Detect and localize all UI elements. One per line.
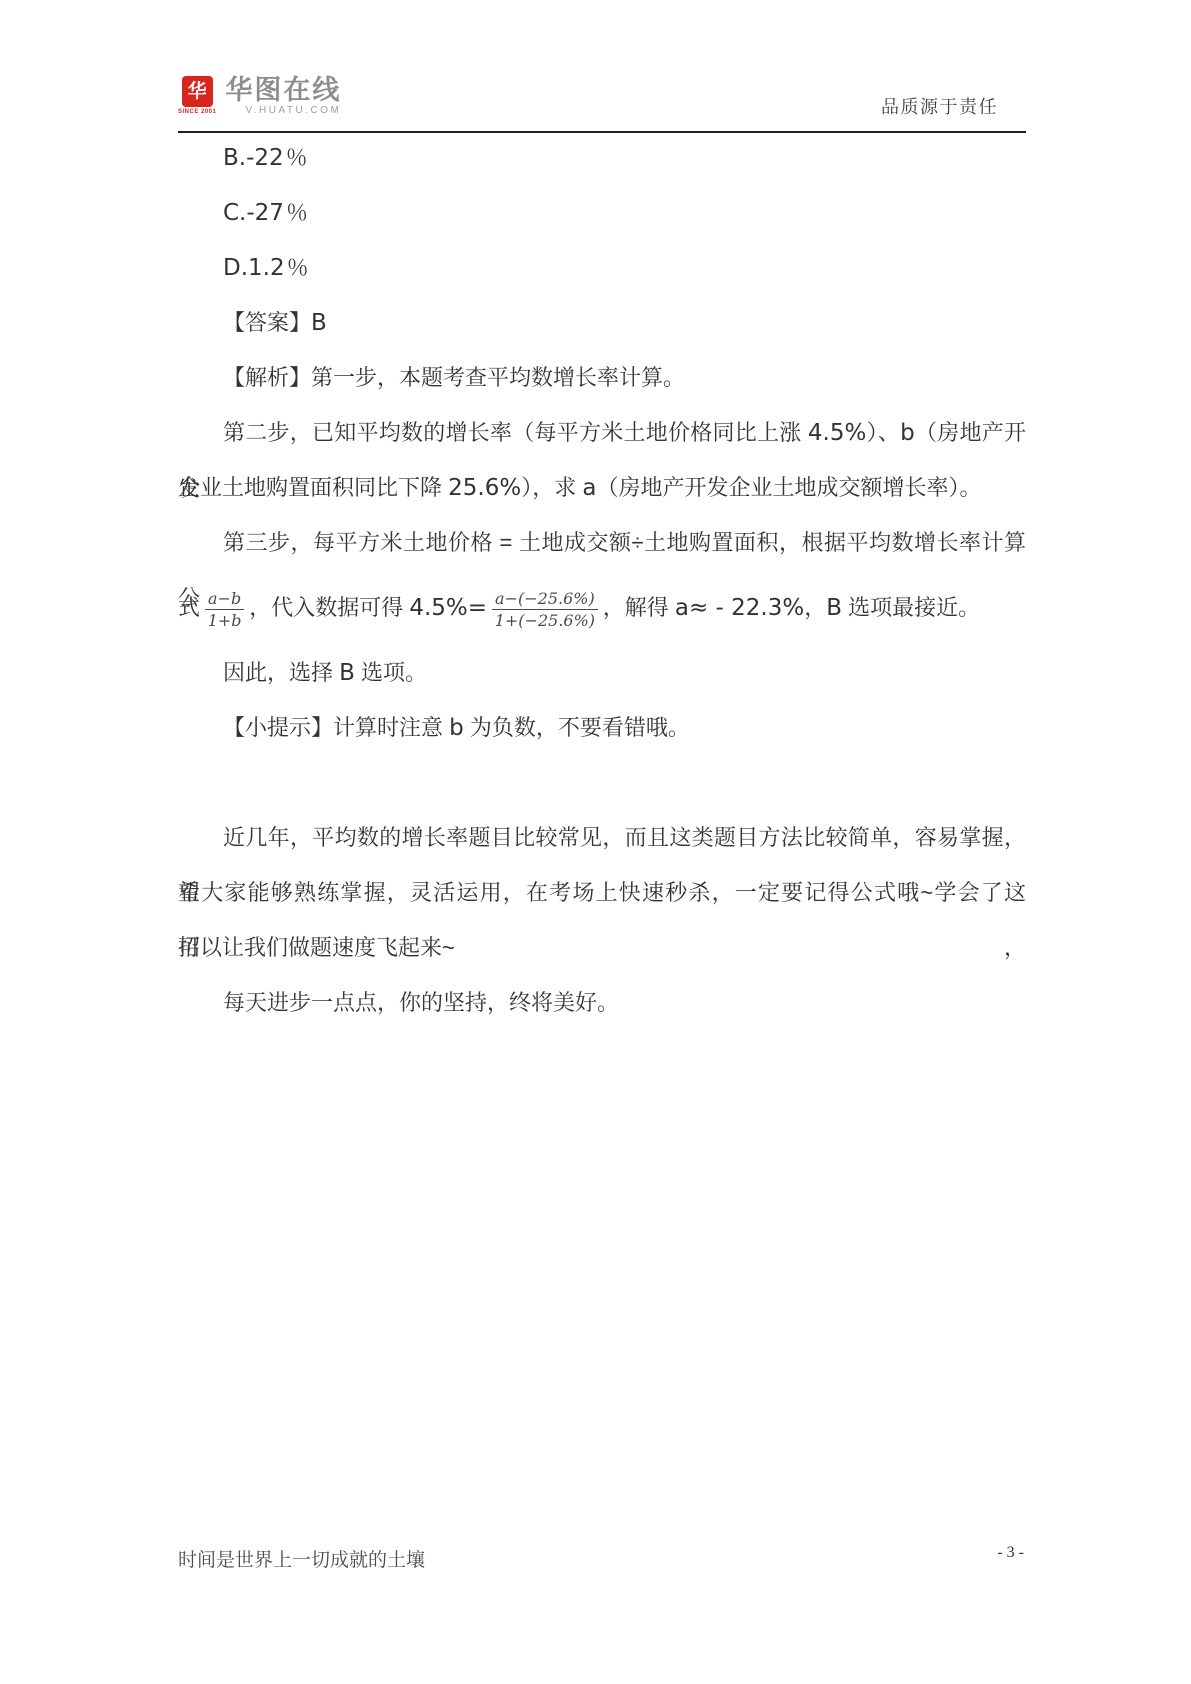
step3-formula-line: 式a−b1+b，代入数据可得 4.5%=a−(−25.6%)1+(−25.6%)… bbox=[178, 570, 1026, 645]
tip-var-b: b bbox=[449, 715, 464, 741]
step2-text-6: （房地产开发企业土地成交额增长率）。 bbox=[596, 475, 981, 500]
logo-mark-glyph: 华 bbox=[188, 82, 207, 101]
logo-mark-block: 华 SINCE 2001 bbox=[178, 76, 216, 115]
answer-value: B bbox=[311, 310, 327, 336]
fraction-numerator: a−b bbox=[205, 589, 244, 610]
fraction-denominator: 1+(−25.6%) bbox=[492, 610, 598, 630]
step2-var-a: a bbox=[582, 475, 596, 501]
step2-text-2: ）、 bbox=[866, 420, 900, 445]
step3-text-4: ，解得 bbox=[603, 595, 675, 620]
tip-text-1: 计算时注意 bbox=[333, 715, 449, 740]
logo-domain-text: V.HUATU.COM bbox=[225, 105, 341, 116]
document-body: B.-22％ C.-27％ D.1.2％ 【答案】B 【解析】第一步，本题考查平… bbox=[178, 130, 1026, 1030]
page-number: - 3 - bbox=[997, 1544, 1024, 1562]
outro-line2: 望大家能够熟练掌握，灵活运用，在考场上快速秒杀，一定要记得公式哦~学会了这招， bbox=[178, 865, 1026, 920]
option-b: B.-22％ bbox=[178, 130, 1026, 185]
tip-text-2: 为负数，不要看错哦。 bbox=[464, 715, 690, 740]
step2-line1: 第二步，已知平均数的增长率（每平方米土地价格同比上涨 4.5%）、b（房地产开发 bbox=[178, 405, 1026, 460]
conclusion-option-letter: B bbox=[339, 660, 355, 686]
step3-option-letter: B bbox=[826, 595, 842, 621]
option-c-latin: C.-27 bbox=[223, 200, 284, 226]
option-d-percent: ％ bbox=[287, 255, 309, 280]
formula-fraction-general: a−b1+b bbox=[205, 589, 244, 630]
analysis-label: 【解析】 bbox=[223, 365, 311, 390]
option-c: C.-27％ bbox=[178, 185, 1026, 240]
tip-line: 【小提示】计算时注意 b 为负数，不要看错哦。 bbox=[178, 700, 1026, 755]
formula-fraction-substituted: a−(−25.6%)1+(−25.6%) bbox=[492, 589, 598, 630]
conclusion-text-2: 选项。 bbox=[355, 660, 427, 685]
logo-since-text: SINCE 2001 bbox=[178, 109, 216, 115]
step3-line1: 第三步，每平方米土地价格 = 土地成交额÷土地购置面积，根据平均数增长率计算公 bbox=[178, 515, 1026, 570]
analysis-step1-line: 【解析】第一步，本题考查平均数增长率计算。 bbox=[178, 350, 1026, 405]
outro-line4: 每天进步一点点，你的坚持，终将美好。 bbox=[178, 975, 1026, 1030]
step2-text-1: 第二步，已知平均数的增长率（每平方米土地价格同比上涨 bbox=[223, 420, 808, 445]
header-slogan: 品质源于责任 bbox=[881, 93, 998, 119]
step3-text-3: ，代入数据可得 bbox=[249, 595, 409, 620]
conclusion-line: 因此，选择 B 选项。 bbox=[178, 645, 1026, 700]
tip-label: 【小提示】 bbox=[223, 715, 333, 740]
analysis-step1-text: 第一步，本题考查平均数增长率计算。 bbox=[311, 365, 685, 390]
option-d: D.1.2％ bbox=[178, 240, 1026, 295]
logo-text-block: 华图在线 V.HUATU.COM bbox=[225, 76, 341, 116]
step3-text-2: 式 bbox=[178, 595, 200, 620]
logo-brand-name: 华图在线 bbox=[225, 76, 341, 104]
step2-value-1: 4.5% bbox=[808, 420, 866, 446]
step2-value-2: 25.6% bbox=[448, 475, 521, 501]
blank-line bbox=[178, 755, 1026, 810]
huatu-logo-icon: 华 bbox=[182, 76, 213, 107]
answer-line: 【答案】B bbox=[178, 295, 1026, 350]
step3-text-6: 选项最接近。 bbox=[842, 595, 980, 620]
document-page: 华 SINCE 2001 华图在线 V.HUATU.COM 品质源于责任 B.-… bbox=[0, 0, 1191, 1684]
step2-text-5: ），求 bbox=[521, 475, 582, 500]
step2-line2: 企业土地购置面积同比下降 25.6%），求 a（房地产开发企业土地成交额增长率）… bbox=[178, 460, 1026, 515]
fraction-numerator: a−(−25.6%) bbox=[492, 589, 598, 610]
fraction-denominator: 1+b bbox=[205, 610, 244, 630]
step3-result: a≈ - 22.3% bbox=[675, 595, 804, 621]
step2-text-4: 企业土地购置面积同比下降 bbox=[178, 475, 448, 500]
conclusion-text-1: 因此，选择 bbox=[223, 660, 339, 685]
step2-var-b: b bbox=[900, 420, 915, 446]
option-b-latin: B.-22 bbox=[223, 145, 284, 171]
option-d-latin: D.1.2 bbox=[223, 255, 285, 281]
outro-line1: 近几年，平均数的增长率题目比较常见，而且这类题目方法比较简单，容易掌握，希 bbox=[178, 810, 1026, 865]
answer-label: 【答案】 bbox=[223, 310, 311, 335]
footer-motto: 时间是世界上一切成就的土壤 bbox=[178, 1545, 425, 1572]
step3-text-5: ， bbox=[804, 595, 826, 620]
step3-equation-lhs: 4.5%= bbox=[409, 595, 487, 621]
brand-logo: 华 SINCE 2001 华图在线 V.HUATU.COM bbox=[178, 76, 341, 116]
option-c-percent: ％ bbox=[286, 200, 308, 225]
option-b-percent: ％ bbox=[286, 145, 308, 170]
